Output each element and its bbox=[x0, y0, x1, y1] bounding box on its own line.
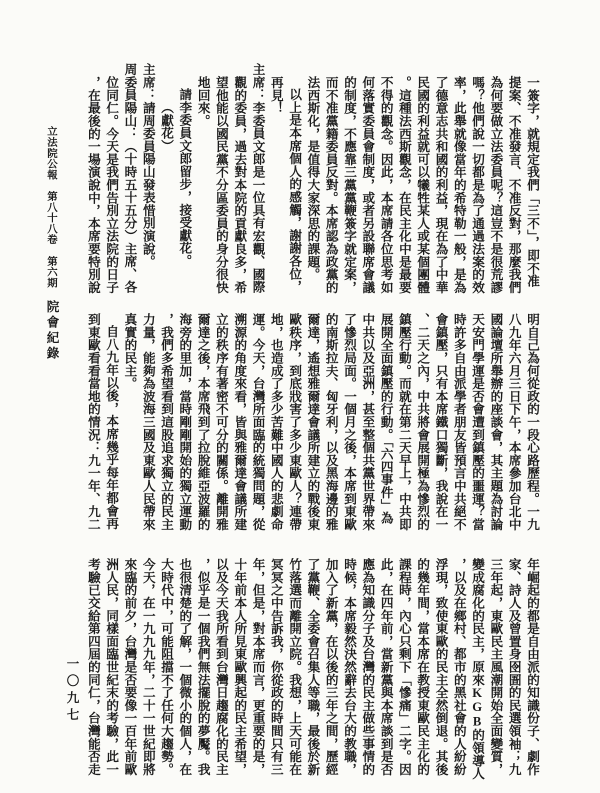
text-column: 加入了新黨，在以後的三年之間，歷經 bbox=[321, 545, 339, 774]
speech-text-band-2: 明自己為何從政的一段心路歷程。一九八九年六月三日下午，本席參加台北中國論壇所舉辦… bbox=[83, 300, 541, 529]
text-column: 、二天之內，中共將會展開極為慘烈的 bbox=[413, 300, 431, 529]
text-column: 課程時，內心只剩下「慘痛」二字。因 bbox=[395, 545, 413, 774]
text-column: 為何要做立法委員呢？這豈不是很荒謬 bbox=[486, 63, 504, 292]
text-column: 民國的利益就可以犧牲某人或某個團體 bbox=[413, 63, 431, 292]
text-column: 年崛起的都是自由派的知識份子、劇作 bbox=[523, 545, 541, 774]
text-column: ，以及在鄉村、都市的黑社會的人紛紛 bbox=[450, 545, 468, 774]
text-column: （獻花） bbox=[157, 63, 175, 292]
text-column: 家、詩人及曾置身囹圄的民選領袖；九 bbox=[504, 545, 522, 774]
text-column: 考驗已交給第四屆的同仁，台灣能否走 bbox=[84, 545, 102, 774]
text-column: 嗎？他們說一切都是為了通過法案的效 bbox=[468, 63, 486, 292]
text-column: 的制度，不應靠三黨黨鞭簽字就定案， bbox=[340, 63, 358, 292]
text-column: 請李委員文郎留步，接受獻花。 bbox=[175, 63, 193, 292]
text-column: 而不准黨籍委員反對。本席認為政黨的 bbox=[321, 63, 339, 292]
text-column: 了德意志共和國的利益，現在為了中華 bbox=[431, 63, 449, 292]
text-column: 溯源的角度來看，皆與雅爾達會議所建 bbox=[230, 300, 248, 529]
text-column: 海旁的里加，當時剛剛開始的獨立運動 bbox=[175, 300, 193, 529]
text-column: 年，但是，對本席而言，更重要的是， bbox=[248, 545, 266, 774]
text-column: 明自己為何從政的一段心路歷程。一九 bbox=[523, 300, 541, 529]
journal-title-label: 立法院公報 第八十八卷 第六期 bbox=[43, 126, 58, 288]
text-column: 周委員陽山：（十時五十五分）主席、各 bbox=[120, 63, 138, 292]
text-column: 十年前本人所見東歐興起的民主希望， bbox=[230, 545, 248, 774]
text-column: 爾達之後，本席飛到了拉脫維亞波羅的 bbox=[193, 300, 211, 529]
text-column: 法西斯化，是值得大家深思的課題。 bbox=[303, 63, 321, 292]
text-column: 以上是本席個人的感觸，謝謝各位， bbox=[285, 63, 303, 292]
text-column: 力量，能夠為波海三國及東歐人民帶來 bbox=[138, 300, 156, 529]
speech-text-band-3: 年崛起的都是自由派的知識份子、劇作家、詩人及曾置身囹圄的民選領袖；九三年起，東歐… bbox=[83, 545, 541, 774]
page-number: 一〇九七 bbox=[63, 657, 81, 725]
text-column: 來臨的前夕，台灣是否要像一百年前歐 bbox=[120, 545, 138, 774]
text-column: 地，也造成了多少苦難中國人的悲劇命 bbox=[267, 300, 285, 529]
text-column: 展開全面鎮壓的行動。「六四事件」為 bbox=[376, 300, 394, 529]
text-column: 主席：李委員文郎是一位具有宏觀、國際 bbox=[248, 63, 266, 292]
text-column: 的南斯拉夫、匈牙利，以及黑海邊的雅 bbox=[321, 300, 339, 529]
text-column: 會鎮壓，只有本席鐵口獨斷，我說在一 bbox=[431, 300, 449, 529]
text-column: 到東歐看看當地的情況：九一年、九二 bbox=[84, 300, 102, 529]
text-column: 冥冥之中告訴我，你從政的時間只有三 bbox=[267, 545, 285, 774]
text-column: 鎮壓行動。而就在第二天早上，中共即 bbox=[395, 300, 413, 529]
speech-text-band-1: 一簽字，就規定我們「三不」，即不准提案、不准發言、不准反對，那麼我們為何要做立法… bbox=[83, 63, 541, 292]
text-column: 的幾年間，當本席在教授東歐民主化的 bbox=[413, 545, 431, 774]
text-column: 了慘烈局面。一個月之後，本席到東歐 bbox=[340, 300, 358, 529]
text-column: 以及今天我所看到台灣日趨腐化的民主 bbox=[212, 545, 230, 774]
text-column: 主席：請周委員陽山發表惜別演說。 bbox=[138, 63, 156, 292]
text-column: 位同仁。今天是我們告別立法院的日子 bbox=[102, 63, 120, 292]
text-column: 了黨鞭、全委會召集人等職，最後於新 bbox=[303, 545, 321, 774]
text-column: 爾達，遙想雅爾達會議所建立的戰後東 bbox=[303, 300, 321, 529]
text-column: 洲人民，同樣面臨世紀末的考驗，此一 bbox=[102, 545, 120, 774]
text-column: 。這種法西斯觀念，在民主化中是最要 bbox=[395, 63, 413, 292]
text-column: 國論壇所舉辦的座談會，其主題為討論 bbox=[486, 300, 504, 529]
text-column: 中共以及亞洲，甚至整個共黨世界帶來 bbox=[358, 300, 376, 529]
text-column: 一簽字，就規定我們「三不」，即不准 bbox=[523, 63, 541, 292]
text-column: 地回來。 bbox=[193, 63, 211, 292]
text-column: ，我們多希望看到這股追求獨立的民主 bbox=[157, 300, 175, 529]
text-column: ，在最後的一場演說中，本席要特別說 bbox=[84, 63, 102, 292]
text-column: 真實的民主。 bbox=[120, 300, 138, 529]
text-column: 時候，本席毅然決然辭去台大的教職， bbox=[340, 545, 358, 774]
text-column: 變成腐化的民主，原來KGB的領導人 bbox=[468, 545, 486, 774]
text-column: 竹落選而離開立院。我想，上天可能在 bbox=[285, 545, 303, 774]
text-column: 浮現，致使東歐的民主全然倒退。其後 bbox=[431, 545, 449, 774]
text-column: 再見！ bbox=[267, 63, 285, 292]
text-column: 三年起，東歐民主風潮開始全面變質， bbox=[486, 545, 504, 774]
text-column: 自八九年以後，本席幾乎每年都會再 bbox=[102, 300, 120, 529]
text-column: 提案、不准發言、不准反對，那麼我們 bbox=[504, 63, 522, 292]
text-column: 運。今天，台灣所面臨的統獨問題，從 bbox=[248, 300, 266, 529]
section-label: 院會紀錄 bbox=[43, 300, 61, 362]
text-column: 大時代中，可能阻擋不了任何大趨勢。 bbox=[157, 545, 175, 774]
text-column: 立的秩序有著密不可分的關係。離開雅 bbox=[212, 300, 230, 529]
text-column: 觀的委員，過去對本院的貢獻良多，希 bbox=[230, 63, 248, 292]
text-column: 今天，在一九九九年，二十一世紀即將 bbox=[138, 545, 156, 774]
text-column: 歐秩序，到底戕害了多少東歐人？連帶 bbox=[285, 300, 303, 529]
text-column: 不得的觀念。因此，本席請各位思考如 bbox=[376, 63, 394, 292]
text-column: 天安門學運是否會遭到鎮壓的噩運？當 bbox=[468, 300, 486, 529]
text-column: 何落實委員會制度，或者另設聯席會議 bbox=[358, 63, 376, 292]
text-column: 時許多自由派學者朋友皆預言中共絕不 bbox=[450, 300, 468, 529]
text-column: 此，在四年前，當新黨與本席談到是否 bbox=[376, 545, 394, 774]
text-column: 率，此舉就像當年的希特勒一般，是為 bbox=[450, 63, 468, 292]
text-column: ，似乎是一個我們無法擺脫的夢魘。我 bbox=[193, 545, 211, 774]
text-column: 八九年六月三日下午，本席參加台北中 bbox=[504, 300, 522, 529]
text-column: 也很清楚的了解，一個微小的個人，在 bbox=[175, 545, 193, 774]
gazette-page: 立法院公報 第八十八卷 第六期 院會紀錄 一〇九七 一簽字，就規定我們「三不」，… bbox=[0, 0, 600, 793]
text-column: 望他能以國民黨不分區委員的身分很快 bbox=[212, 63, 230, 292]
text-column: 應為知識分子及台灣的民主做些事情的 bbox=[358, 545, 376, 774]
